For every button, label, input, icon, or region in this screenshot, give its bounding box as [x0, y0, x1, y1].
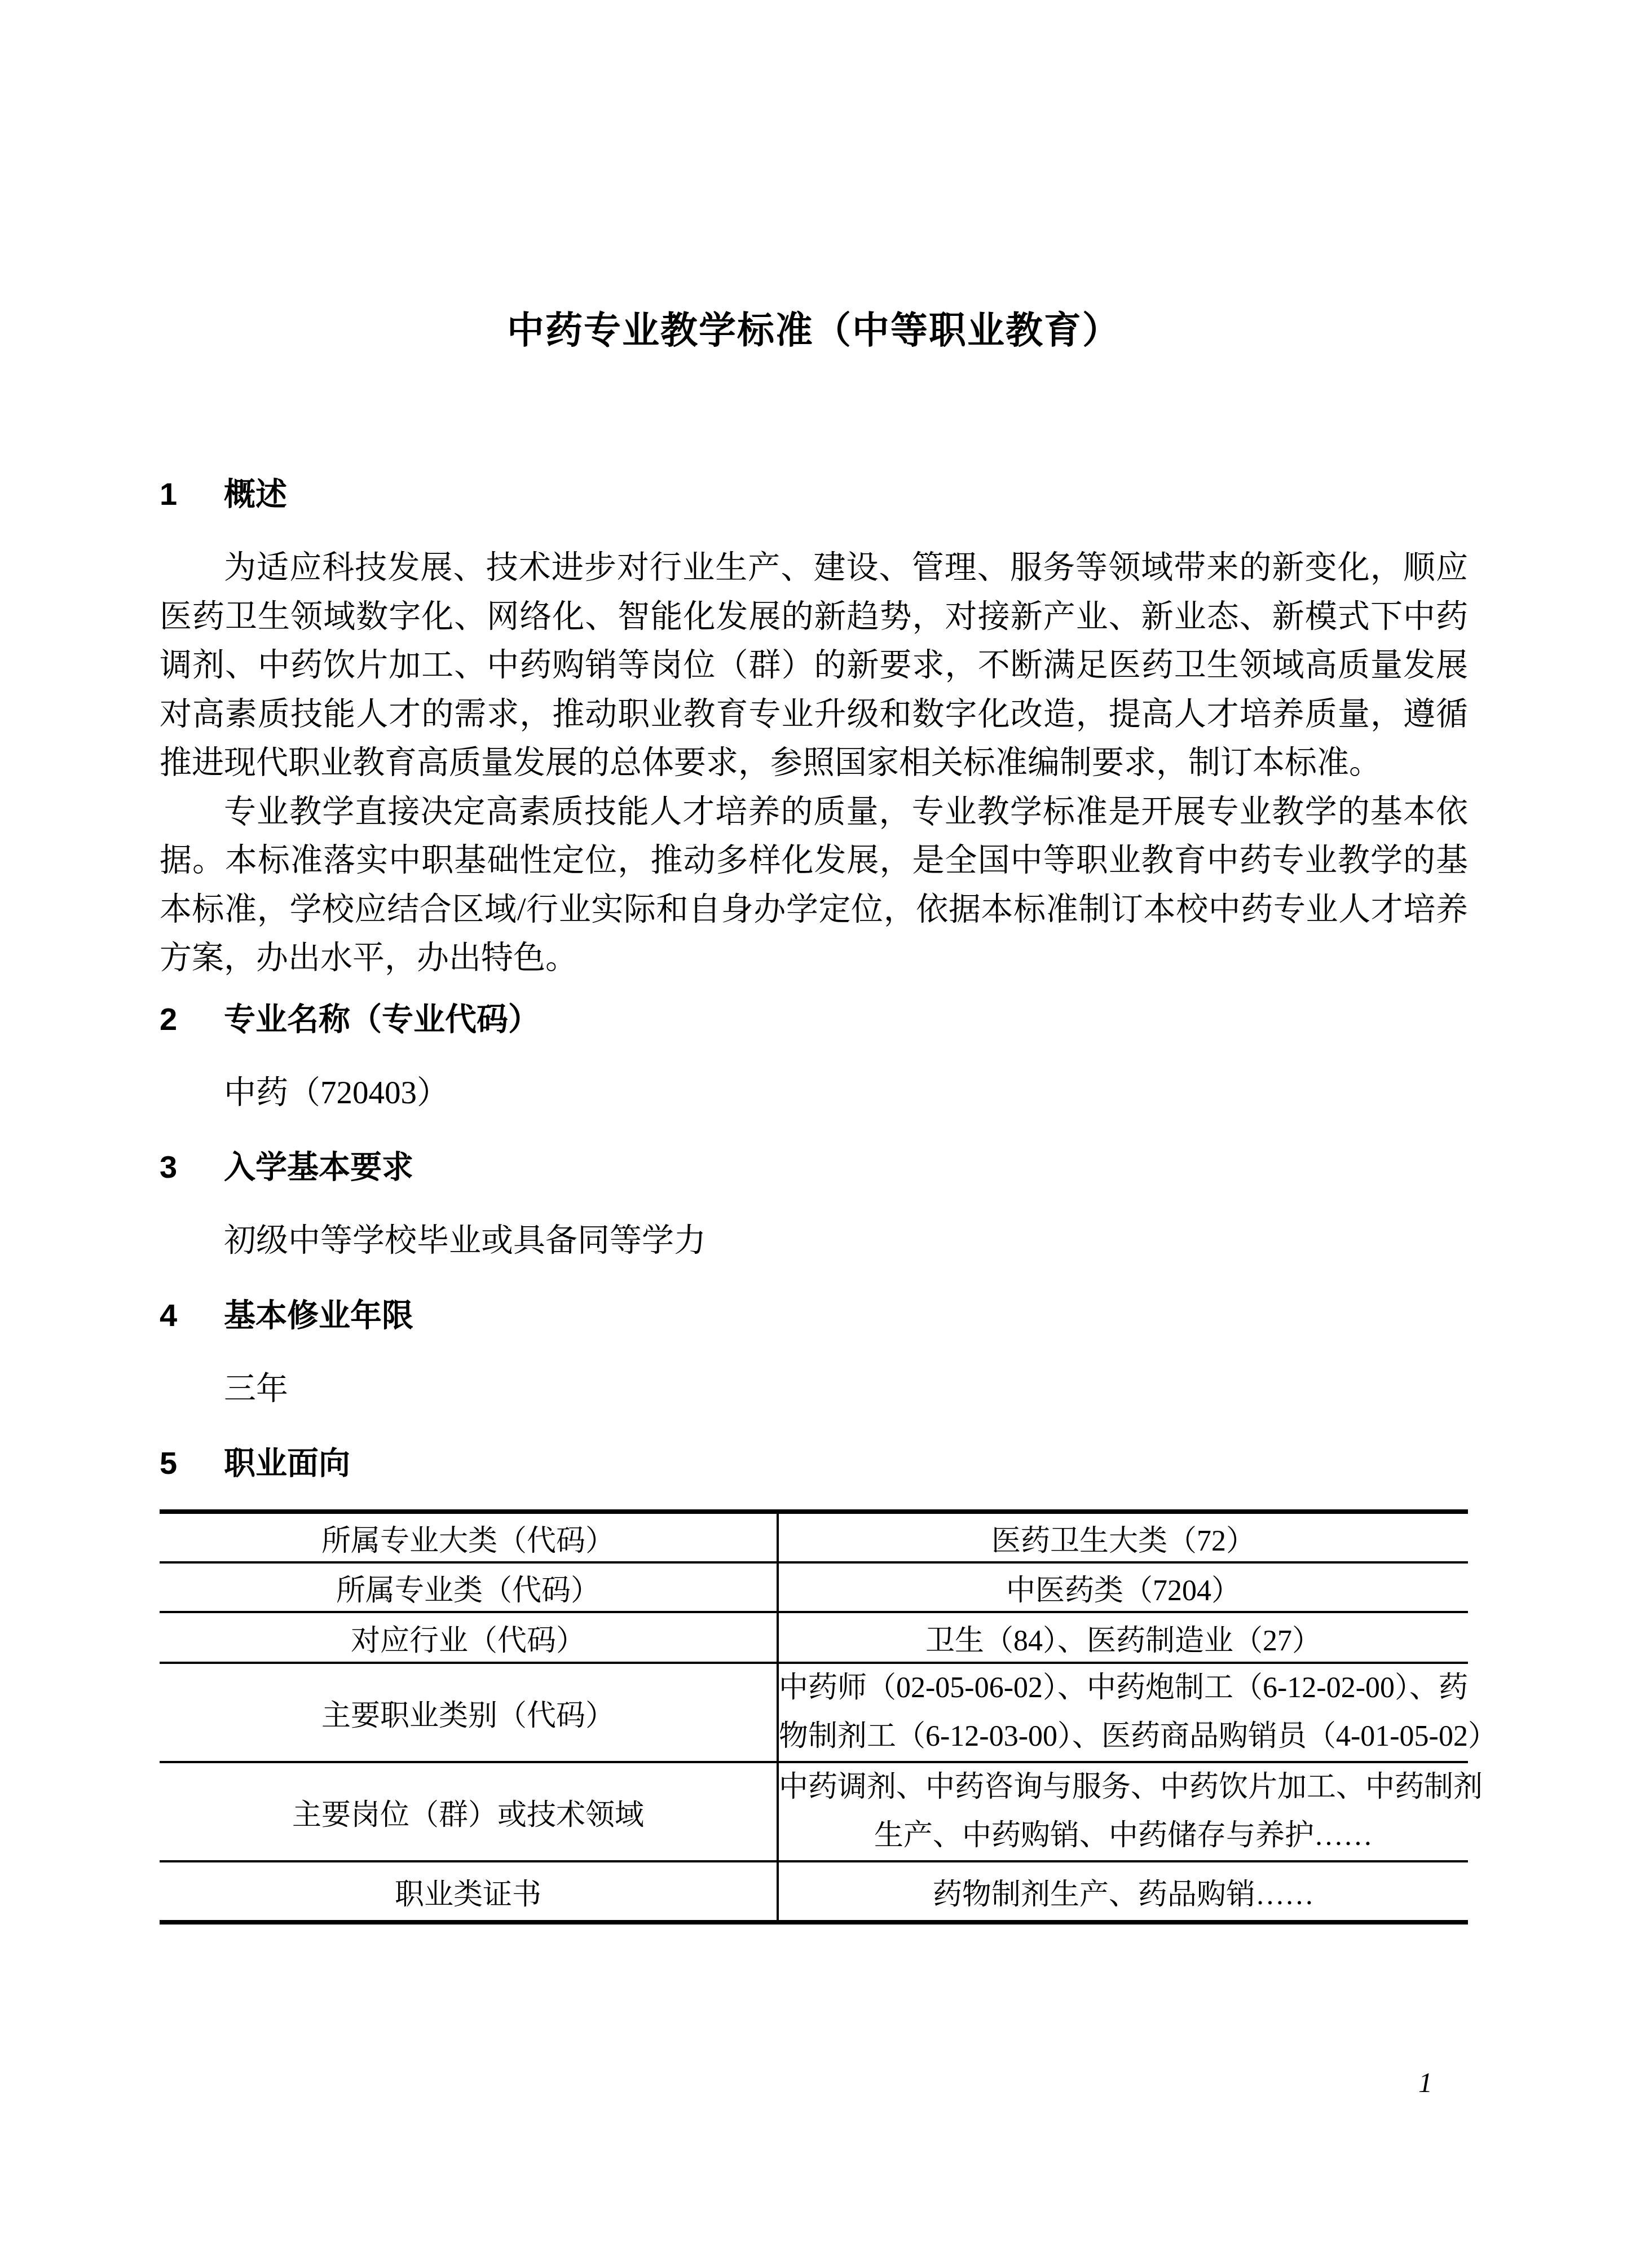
overview-paragraph-1: 为适应科技发展、技术进步对行业生产、建设、管理、服务等领域带来的新变化，顺应医药… — [160, 544, 1468, 788]
section-1-title: 概述 — [224, 476, 287, 512]
career-orientation-table: 所属专业大类（代码） 医药卫生大类（72） 所属专业类（代码） 中医药类（720… — [160, 1509, 1468, 1925]
page-number: 1 — [1418, 2066, 1432, 2099]
section-3-number: 3 — [160, 1150, 224, 1184]
value-line: 物制剂工（6-12-03-00）、医药商品购销员（4-01-05-02） — [779, 1712, 1468, 1761]
document-title: 中药专业教学标准（中等职业教育） — [160, 307, 1468, 355]
study-duration: 三年 — [160, 1365, 1468, 1414]
section-5-title: 职业面向 — [224, 1445, 350, 1481]
section-4-title: 基本修业年限 — [224, 1297, 413, 1333]
row-label: 主要职业类别（代码） — [160, 1663, 778, 1762]
entry-requirement: 初级中等学校毕业或具备同等学力 — [160, 1217, 1468, 1266]
section-5-number: 5 — [160, 1446, 224, 1481]
row-label: 所属专业类（代码） — [160, 1562, 778, 1612]
value-line: 中药调剂、中药咨询与服务、中药饮片加工、中药制剂 — [779, 1763, 1468, 1812]
section-3-title: 入学基本要求 — [224, 1149, 413, 1184]
row-value: 医药卫生大类（72） — [778, 1512, 1468, 1562]
section-2-number: 2 — [160, 1002, 224, 1037]
value-line: 中药师（02-05-06-02）、中药炮制工（6-12-02-00）、药 — [779, 1664, 1468, 1712]
section-1-heading: 1概述 — [160, 477, 1468, 512]
table-row: 对应行业（代码） 卫生（84）、医药制造业（27） — [160, 1612, 1468, 1663]
value-line: 生产、中药购销、中药储存与养护…… — [779, 1812, 1468, 1860]
table-row: 所属专业大类（代码） 医药卫生大类（72） — [160, 1512, 1468, 1562]
row-label: 对应行业（代码） — [160, 1612, 778, 1663]
section-2-heading: 2专业名称（专业代码） — [160, 1002, 1468, 1037]
row-value: 中医药类（7204） — [778, 1562, 1468, 1612]
section-4-heading: 4基本修业年限 — [160, 1298, 1468, 1333]
section-5-heading: 5职业面向 — [160, 1446, 1468, 1481]
row-value: 药物制剂生产、药品购销…… — [778, 1861, 1468, 1922]
section-3-heading: 3入学基本要求 — [160, 1150, 1468, 1184]
row-label: 职业类证书 — [160, 1861, 778, 1922]
major-name-code: 中药（720403） — [160, 1069, 1468, 1118]
table-row: 职业类证书 药物制剂生产、药品购销…… — [160, 1861, 1468, 1922]
overview-paragraph-2: 专业教学直接决定高素质技能人才培养的质量，专业教学标准是开展专业教学的基本依据。… — [160, 788, 1468, 983]
section-1-number: 1 — [160, 477, 224, 512]
row-value: 中药调剂、中药咨询与服务、中药饮片加工、中药制剂 生产、中药购销、中药储存与养护… — [778, 1762, 1468, 1861]
table-row: 所属专业类（代码） 中医药类（7204） — [160, 1562, 1468, 1612]
section-4-number: 4 — [160, 1298, 224, 1333]
section-2-title: 专业名称（专业代码） — [224, 1001, 540, 1037]
row-label: 主要岗位（群）或技术领域 — [160, 1762, 778, 1861]
document-content: 中药专业教学标准（中等职业教育） 1概述 为适应科技发展、技术进步对行业生产、建… — [160, 0, 1468, 1925]
row-value: 中药师（02-05-06-02）、中药炮制工（6-12-02-00）、药 物制剂… — [778, 1663, 1468, 1762]
row-label: 所属专业大类（代码） — [160, 1512, 778, 1562]
table-row: 主要岗位（群）或技术领域 中药调剂、中药咨询与服务、中药饮片加工、中药制剂 生产… — [160, 1762, 1468, 1861]
document-page: 中药专业教学标准（中等职业教育） 1概述 为适应科技发展、技术进步对行业生产、建… — [0, 0, 1627, 2268]
row-value: 卫生（84）、医药制造业（27） — [778, 1612, 1468, 1663]
table-row: 主要职业类别（代码） 中药师（02-05-06-02）、中药炮制工（6-12-0… — [160, 1663, 1468, 1762]
